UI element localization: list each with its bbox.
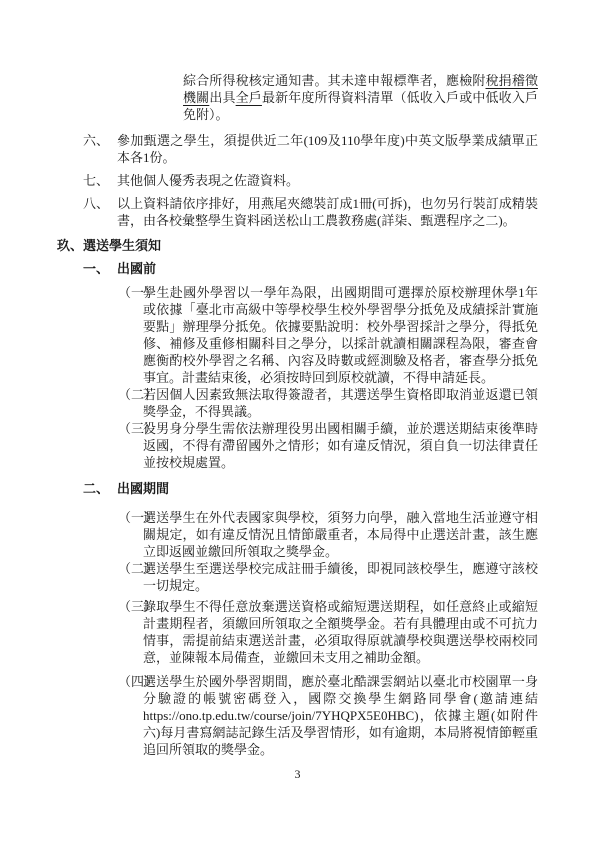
item-text: 役男身分學生需依法辦理役男出國相關手續，並於選送期結束後準時返國，不得有滯留國外… — [143, 421, 538, 470]
notice-item-2-4: （四） 選送學生於國外學習期間，應於臺北酷課雲網站以臺北市校園單一身分驗證的帳號… — [57, 673, 538, 758]
notice-item-2-1: （一） 選送學生在外代表國家與學校，須努力向學，融入當地生活並遵守相關規定，如有… — [57, 509, 538, 560]
item-text: 若因個人因素致無法取得簽證者，其選送學生資格即取消並返還已領獎學金，不得異議。 — [143, 387, 538, 419]
subsection-number: 一、 — [83, 260, 109, 277]
intro-continuation-paragraph: 綜合所得稅核定通知書。其未達申報標準者，應檢附稅捐稽徵機關出具全戶最新年度所得資… — [57, 72, 538, 123]
notice-item-1-1: （一） 學生赴國外學習以一學年為限，出國期間可選擇於原校辦理休學1年或依據「臺北… — [57, 284, 538, 386]
page-number: 3 — [0, 766, 595, 783]
section-title: 選送學生須知 — [83, 238, 161, 253]
item-text: 參加甄選之學生，須提供近二年(109及110學年度)中英文版學業成績單正本各1份… — [117, 133, 538, 165]
item-number: （三） — [118, 598, 157, 615]
item-number: （三） — [118, 420, 157, 437]
list-item-6: 六、 參加甄選之學生，須提供近二年(109及110學年度)中英文版學業成績單正本… — [57, 132, 538, 166]
section-heading-jiu: 玖、 選送學生須知 — [57, 237, 538, 254]
notice-item-1-3: （三） 役男身分學生需依法辦理役男出國相關手續，並於選送期結束後準時返國，不得有… — [57, 420, 538, 471]
subsection-number: 二、 — [83, 480, 109, 497]
list-item-8: 八、 以上資料請依序排好，用燕尾夾總裝訂成1冊(可拆)，也勿另行裝訂成精裝書，由… — [57, 195, 538, 229]
item-number: （二） — [118, 386, 157, 403]
underlined-term-whole-household: 全戶 — [236, 90, 262, 105]
item-number: 八、 — [83, 195, 109, 212]
item-text: 選送學生至選送學校完成註冊手續後，即視同該校學生，應遵守該校一切規定。 — [143, 561, 538, 593]
item-number: （一） — [118, 284, 157, 301]
item-number: 六、 — [83, 132, 109, 149]
intro-text-segment: 出具 — [209, 90, 235, 105]
intro-text-segment: 綜合所得稅核定通知書。其未達申報標準者，應檢附 — [183, 73, 486, 88]
section-number: 玖、 — [57, 237, 83, 254]
item-number: 七、 — [83, 172, 109, 189]
subsection-heading-before-departure: 一、 出國前 — [57, 260, 538, 277]
subsection-title: 出國前 — [117, 261, 156, 276]
item-text: 選送學生在外代表國家與學校，須努力向學，融入當地生活並遵守相關規定，如有違反情況… — [143, 510, 538, 559]
page-content: 綜合所得稅核定通知書。其未達申報標準者，應檢附稅捐稽徵機關出具全戶最新年度所得資… — [57, 72, 538, 758]
document-page: 綜合所得稅核定通知書。其未達申報標準者，應檢附稅捐稽徵機關出具全戶最新年度所得資… — [0, 0, 595, 842]
item-text: 學生赴國外學習以一學年為限，出國期間可選擇於原校辦理休學1年或依據「臺北市高級中… — [143, 285, 538, 385]
item-number: （二） — [118, 560, 157, 577]
item-text: 其他個人優秀表現之佐證資料。 — [117, 173, 299, 188]
item-text: 以上資料請依序排好，用燕尾夾總裝訂成1冊(可拆)，也勿另行裝訂成精裝書，由各校彙… — [117, 196, 538, 228]
subsection-title: 出國期間 — [117, 481, 169, 496]
list-item-7: 七、 其他個人優秀表現之佐證資料。 — [57, 172, 538, 189]
notice-item-1-2: （二） 若因個人因素致無法取得簽證者，其選送學生資格即取消並返還已領獎學金，不得… — [57, 386, 538, 420]
course-join-url: https://ono.tp.edu.tw/course/join/7YHQPX… — [143, 708, 414, 723]
item-number: （一） — [118, 509, 157, 526]
subsection-heading-during-stay: 二、 出國期間 — [57, 480, 538, 497]
item-text: 錄取學生不得任意放棄選送資格或縮短選送期程，如任意終止或縮短計畫期程者，須繳回所… — [143, 599, 538, 665]
notice-item-2-2: （二） 選送學生至選送學校完成註冊手續後，即視同該校學生，應遵守該校一切規定。 — [57, 560, 538, 594]
item-number: （四） — [118, 673, 157, 690]
item-text: 選送學生於國外學習期間，應於臺北酷課雲網站以臺北市校園單一身分驗證的帳號密碼登入… — [143, 674, 538, 706]
notice-item-2-3: （三） 錄取學生不得任意放棄選送資格或縮短選送期程，如任意終止或縮短計畫期程者，… — [57, 598, 538, 666]
